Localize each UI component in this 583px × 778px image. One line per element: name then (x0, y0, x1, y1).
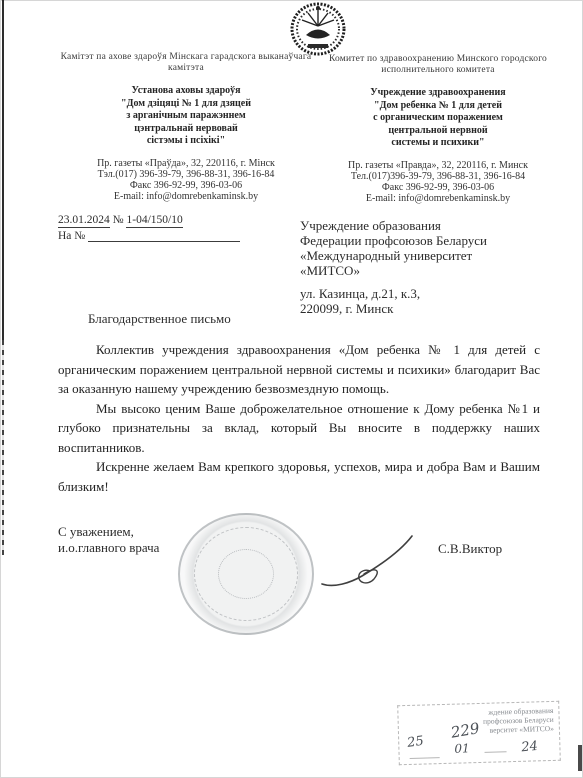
institution-line: "Дом дзіцяці № 1 для дзяцей (56, 98, 316, 111)
scan-artifact-left-line-fade (2, 340, 4, 555)
institution-line: центральной нервной (316, 125, 560, 138)
letter-title: Благодарственное письмо (88, 311, 231, 327)
reference-date: 23.01.2024 (58, 214, 110, 228)
handwritten-day: 25 (407, 737, 425, 748)
reference-number: 1-04/150/10 (126, 214, 182, 228)
addressee-block: Учреждение образования Федерации профсою… (300, 218, 487, 316)
signature-closing-block: С уважением, и.о.главного врача (58, 524, 159, 555)
header-right-column: Комитет по здравоохранению Минского горо… (316, 54, 560, 204)
incoming-number-blank (88, 229, 240, 242)
letter-paragraph: Мы высоко ценим Ваше доброжелательное от… (58, 399, 540, 458)
contacts-ru: Пр. газеты «Правда», 32, 220116, г. Минс… (316, 160, 560, 204)
signer-position: и.о.главного врача (58, 540, 159, 556)
received-stamp: ждение образования профсоюзов Беларуси в… (397, 701, 561, 765)
phone-line: Тэл.(017) 396-39-79, 396-88-31, 396-16-8… (56, 169, 316, 180)
belarus-coat-of-arms-icon (286, 2, 350, 56)
stamp-dash (485, 751, 507, 753)
institution-line: с органическим поражением (316, 112, 560, 125)
phone-line: Тел.(017)396-39-79, 396-88-31, 396-16-84 (316, 171, 560, 182)
reference-block: 23.01.2024 № 1-04/150/10 На № (58, 214, 240, 242)
addressee-line: «Международный университет (300, 248, 487, 263)
handwritten-incoming-number: 229 (450, 724, 480, 738)
institution-line: системы и психики" (316, 137, 560, 150)
round-stamp (178, 513, 314, 635)
letter-body: Коллектив учреждения здравоохранения «До… (58, 340, 540, 496)
addressee-line: Учреждение образования (300, 218, 487, 233)
signer-name: С.В.Виктор (438, 541, 502, 557)
signature-closing: С уважением, (58, 524, 159, 540)
addressee-address-line: 220099, г. Минск (300, 301, 487, 316)
scan-artifact-left-line (2, 0, 4, 340)
email-line: E-mail: info@domrebenkaminsk.by (56, 191, 316, 202)
round-stamp-core (218, 549, 274, 599)
stamp-dash (410, 757, 440, 759)
addressee-address-line: ул. Казинца, д.21, к.3, (300, 286, 487, 301)
institution-line: цэнтральнай нервовай (56, 123, 316, 136)
letter-paragraph: Искренне желаем Вам крепкого здоровья, у… (58, 457, 540, 496)
handwritten-year: 24 (521, 742, 538, 753)
scan-artifact-right-mark (578, 745, 582, 771)
contacts-by: Пр. газеты «Праўда», 32, 220116, г. Мінс… (56, 158, 316, 202)
letter-paragraph: Коллектив учреждения здравоохранения «До… (58, 340, 540, 399)
reference-incoming: На № (58, 229, 240, 242)
address-line: Пр. газеты «Правда», 32, 220116, г. Минс… (316, 160, 560, 171)
scanned-letter-page: Камітэт па ахове здароўя Мінскага гарадс… (0, 0, 583, 778)
number-sign: № (113, 214, 124, 226)
committee-name-ru: Комитет по здравоохранению Минского горо… (316, 54, 560, 76)
email-line: E-mail: info@domrebenkaminsk.by (316, 193, 560, 204)
institution-line: сістэмы і псіхікі" (56, 135, 316, 148)
handwritten-signature (312, 533, 427, 589)
addressee-gap (300, 278, 487, 286)
institution-name-ru: Учреждение здравоохранения "Дом ребенка … (316, 87, 560, 150)
institution-line: Учреждение здравоохранения (316, 87, 560, 100)
address-line: Пр. газеты «Праўда», 32, 220116, г. Мінс… (56, 158, 316, 169)
incoming-label: На № (58, 230, 85, 242)
fax-line: Факс 396-92-99, 396-03-06 (56, 180, 316, 191)
addressee-line: Федерации профсоюзов Беларуси (300, 233, 487, 248)
header-left-column: Камітэт па ахове здароўя Мінскага гарадс… (56, 52, 316, 202)
committee-name-by: Камітэт па ахове здароўя Мінскага гарадс… (56, 52, 316, 74)
reference-date-number: 23.01.2024 № 1-04/150/10 (58, 214, 240, 226)
addressee-line: «МИТСО» (300, 263, 487, 278)
institution-line: Установа аховы здароўя (56, 85, 316, 98)
institution-line: з арганічным паражэннем (56, 110, 316, 123)
institution-line: "Дом ребенка № 1 для детей (316, 100, 560, 113)
handwritten-month: 01 (454, 744, 470, 753)
fax-line: Факс 396-92-99, 396-03-06 (316, 182, 560, 193)
institution-name-by: Установа аховы здароўя "Дом дзіцяці № 1 … (56, 85, 316, 148)
